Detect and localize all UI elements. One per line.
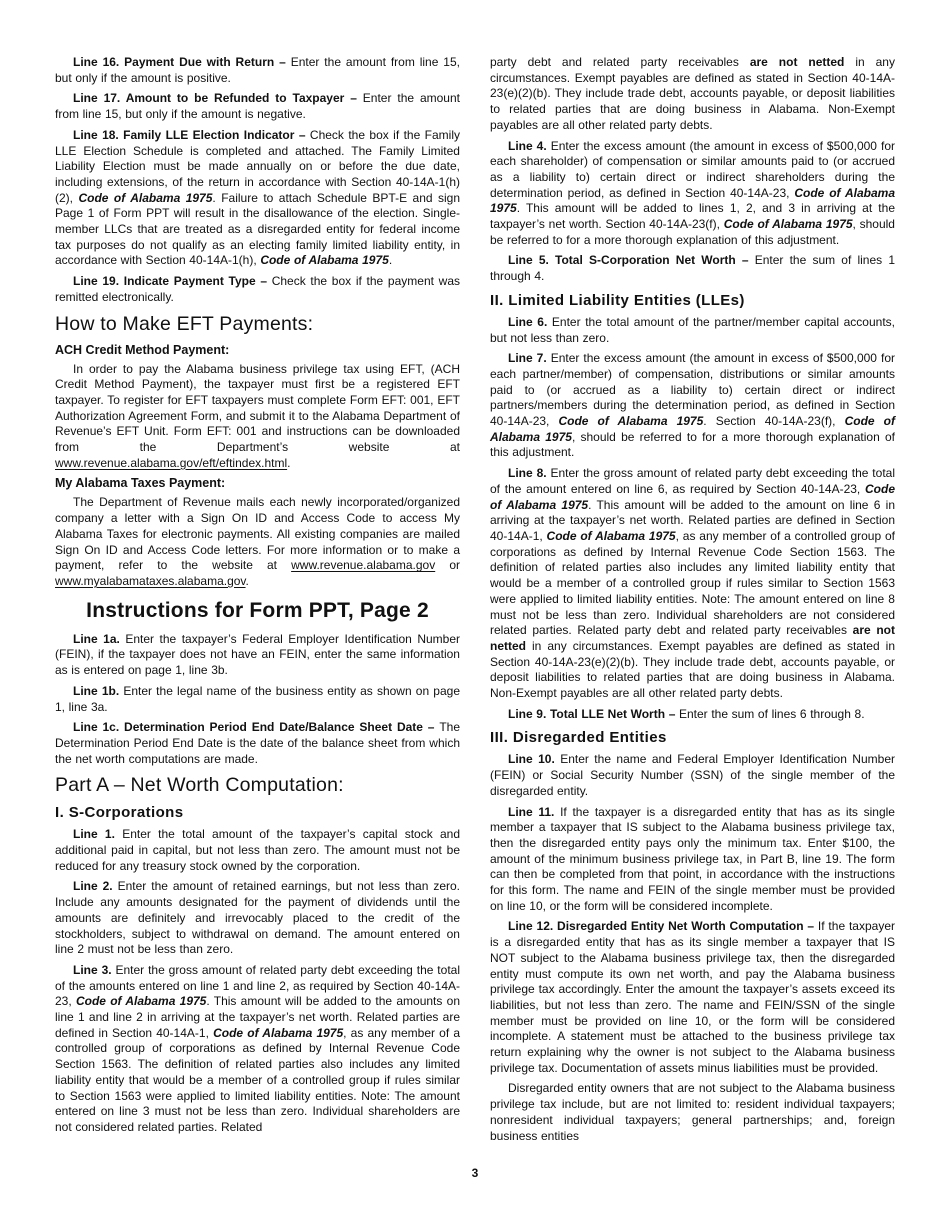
text-segment: . <box>287 456 290 470</box>
two-column-layout: Line 16. Payment Due with Return – Enter… <box>55 55 895 1149</box>
text-segment: Line 11. <box>508 805 560 819</box>
text-segment: Line 5. Total S-Corporation Net Worth – <box>508 253 755 267</box>
text-segment: Line 3. <box>73 963 115 977</box>
text-segment: Code of Alabama 1975 <box>78 191 212 205</box>
text-segment: , as any member of a controlled group of… <box>490 529 895 637</box>
text-segment: Code of Alabama 1975 <box>260 253 389 267</box>
link-url[interactable]: www.revenue.alabama.gov <box>291 558 435 572</box>
para-line-3-continued: party debt and related party receivables… <box>490 55 895 134</box>
para-line-1b: Line 1b. Enter the legal name of the bus… <box>55 684 460 715</box>
text-segment: Line 1. <box>73 827 122 841</box>
heading-how-to-make-eft-payments: How to Make EFT Payments: <box>55 313 460 336</box>
text-segment: . <box>389 253 392 267</box>
text-segment: party debt and related party receivables <box>490 55 750 69</box>
text-segment: Line 12. Disregarded Entity Net Worth Co… <box>508 919 818 933</box>
text-segment: If the taxpayer is a disregarded entity … <box>490 919 895 1074</box>
para-line-1a: Line 1a. Enter the taxpayer’s Federal Em… <box>55 632 460 679</box>
text-segment: Disregarded entity owners that are not s… <box>490 1081 895 1142</box>
text-segment: Code of Alabama 1975 <box>213 1026 343 1040</box>
text-segment: Line 16. Payment Due with Return – <box>73 55 291 69</box>
text-segment: Line 7. <box>508 351 551 365</box>
para-line-3: Line 3. Enter the gross amount of relate… <box>55 963 460 1136</box>
text-segment: Line 18. Family LLE Election Indicator – <box>73 128 310 142</box>
para-my-alabama-taxes: The Department of Revenue mails each new… <box>55 495 460 589</box>
text-segment: are not netted <box>750 55 845 69</box>
heading-part-a-net-worth-computation: Part A – Net Worth Computation: <box>55 774 460 797</box>
para-ach-credit: In order to pay the Alabama business pri… <box>55 362 460 472</box>
document-page: Line 16. Payment Due with Return – Enter… <box>0 0 950 1230</box>
text-segment: Code of Alabama 1975 <box>724 217 853 231</box>
para-line-1: Line 1. Enter the total amount of the ta… <box>55 827 460 874</box>
text-segment: Line 8. <box>508 466 550 480</box>
heading-my-alabama-taxes-payment: My Alabama Taxes Payment: <box>55 476 460 490</box>
text-segment: If the taxpayer is a disregarded entity … <box>490 805 895 913</box>
text-segment: Line 4. <box>508 139 551 153</box>
text-segment: . Section 40-14A-23(f), <box>703 414 844 428</box>
para-line-7: Line 7. Enter the excess amount (the amo… <box>490 351 895 461</box>
page-number: 3 <box>0 1166 950 1180</box>
text-segment: . <box>246 574 249 588</box>
para-line-8: Line 8. Enter the gross amount of relate… <box>490 466 895 702</box>
link-url[interactable]: www.revenue.alabama.gov/eft/eftindex.htm… <box>55 456 287 470</box>
right-column: party debt and related party receivables… <box>490 55 895 1149</box>
para-line-5: Line 5. Total S-Corporation Net Worth – … <box>490 253 895 284</box>
text-segment: Line 10. <box>508 752 560 766</box>
text-segment: Line 1c. Determination Period End Date/B… <box>73 720 439 734</box>
text-segment: Line 1a. <box>73 632 125 646</box>
text-segment: , as any member of a controlled group of… <box>55 1026 460 1134</box>
left-column: Line 16. Payment Due with Return – Enter… <box>55 55 460 1149</box>
heading-limited-liability-entities: II. Limited Liability Entities (LLEs) <box>490 292 895 309</box>
heading-disregarded-entities: III. Disregarded Entities <box>490 729 895 746</box>
text-segment: Enter the sum of lines 6 through 8. <box>679 707 865 721</box>
para-line-9: Line 9. Total LLE Net Worth – Enter the … <box>490 707 895 723</box>
para-line-19: Line 19. Indicate Payment Type – Check t… <box>55 274 460 305</box>
text-segment: or <box>435 558 460 572</box>
para-line-18: Line 18. Family LLE Election Indicator –… <box>55 128 460 269</box>
text-segment: Code of Alabama 1975 <box>76 994 206 1008</box>
text-segment: Line 2. <box>73 879 118 893</box>
heading-ach-credit-method-payment: ACH Credit Method Payment: <box>55 343 460 357</box>
text-segment: In order to pay the Alabama business pri… <box>55 362 460 455</box>
text-segment: Enter the gross amount of related party … <box>490 466 895 496</box>
para-disregarded-entity-owners: Disregarded entity owners that are not s… <box>490 1081 895 1144</box>
para-line-4: Line 4. Enter the excess amount (the amo… <box>490 139 895 249</box>
heading-s-corporations: I. S-Corporations <box>55 804 460 821</box>
para-line-11: Line 11. If the taxpayer is a disregarde… <box>490 805 895 915</box>
para-line-17: Line 17. Amount to be Refunded to Taxpay… <box>55 91 460 122</box>
para-line-2: Line 2. Enter the amount of retained ear… <box>55 879 460 958</box>
para-line-10: Line 10. Enter the name and Federal Empl… <box>490 752 895 799</box>
text-segment: Code of Alabama 1975 <box>558 414 703 428</box>
para-line-12: Line 12. Disregarded Entity Net Worth Co… <box>490 919 895 1076</box>
text-segment: Code of Alabama 1975 <box>547 529 676 543</box>
text-segment: in any circumstances. Exempt payables ar… <box>490 639 895 700</box>
para-line-1c: Line 1c. Determination Period End Date/B… <box>55 720 460 767</box>
para-line-6: Line 6. Enter the total amount of the pa… <box>490 315 895 346</box>
heading-instructions-form-ppt-page-2: Instructions for Form PPT, Page 2 <box>55 599 460 623</box>
text-segment: Line 9. Total LLE Net Worth – <box>508 707 679 721</box>
link-url[interactable]: www.myalabamataxes.alabama.gov <box>55 574 246 588</box>
text-segment: Line 6. <box>508 315 552 329</box>
para-line-16: Line 16. Payment Due with Return – Enter… <box>55 55 460 86</box>
text-segment: Line 19. Indicate Payment Type – <box>73 274 272 288</box>
text-segment: Line 17. Amount to be Refunded to Taxpay… <box>73 91 363 105</box>
text-segment: Line 1b. <box>73 684 123 698</box>
